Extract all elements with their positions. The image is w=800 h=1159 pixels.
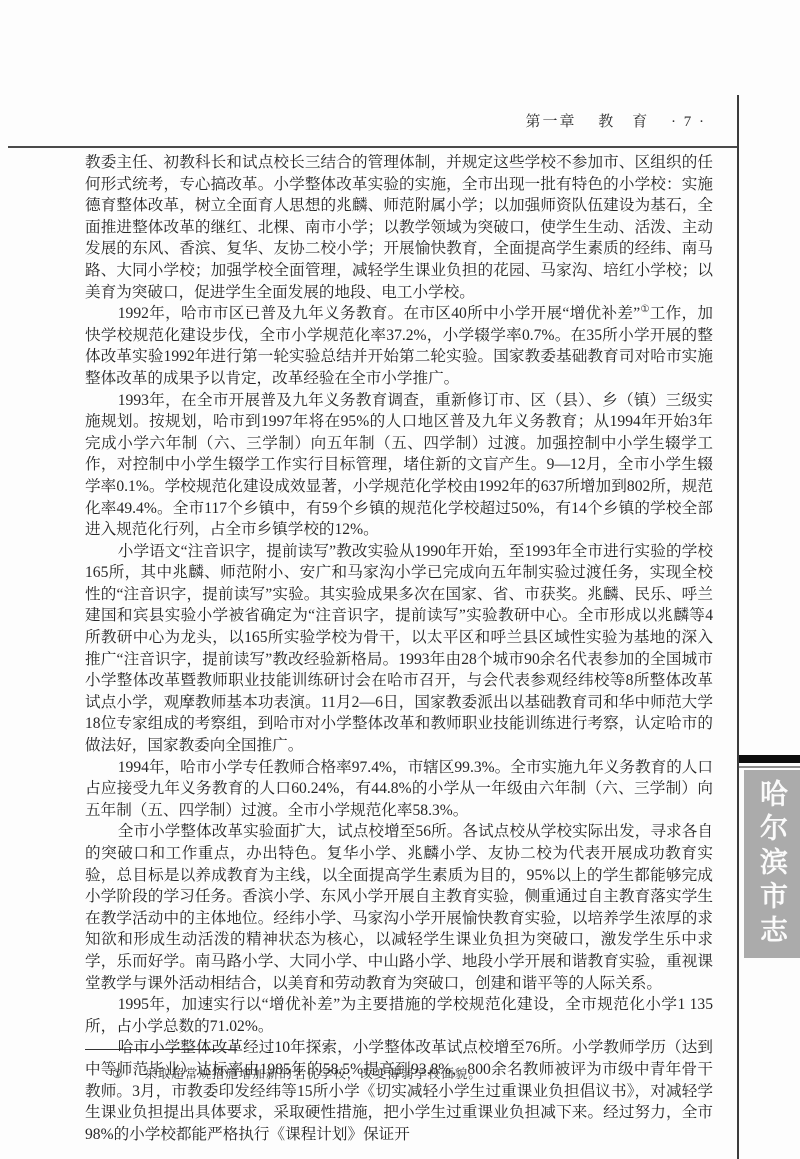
section-title: 教 育 <box>598 114 649 130</box>
paragraph-1994: 1994年，哈市小学专任教师合格率97.4%，市辖区99.3%。全市实施九年义务… <box>85 757 713 822</box>
footnote-divider <box>85 1049 237 1050</box>
chapter-title: 第一章 <box>525 114 576 130</box>
paragraph-reform-expansion: 全市小学整体改革实验面扩大，试点校增至56所。各试点校从学校实际出发，寻求各自的… <box>85 821 713 994</box>
header-divider <box>8 146 737 148</box>
page-number: · 7 · <box>671 114 706 130</box>
paragraph-1993: 1993年，在全市开展普及九年义务教育调查，重新修订市、区（县）、乡（镇）三级实… <box>85 390 713 541</box>
footnote-ref: ① <box>640 304 650 315</box>
footnote-marker: ① <box>112 1067 124 1081</box>
paragraph-ten-year-review: 哈市小学整体改革经过10年探索，小学整体改革试点校增至76所。小学教师学历（达到… <box>85 1037 713 1145</box>
paragraph-continuation: 教委主任、初教科长和试点校长三结合的管理体制，并规定这些学校不参加市、区组织的任… <box>85 152 713 303</box>
paragraph-zhuyin-experiment: 小学语文“注音识字，提前读写”教改实验从1990年开始，至1993年全市进行实验… <box>85 541 713 757</box>
side-tab: 哈尔滨市志 <box>744 770 800 958</box>
side-tab-bar <box>739 755 800 763</box>
page-border-line <box>737 95 739 1159</box>
body-text: 教委主任、初教科长和试点校长三结合的管理体制，并规定这些学校不参加市、区组织的任… <box>85 152 713 1145</box>
paragraph-1995: 1995年，加速实行以“增优补差”为主要措施的学校规范化建设，全市规范化小学1 … <box>85 994 713 1037</box>
footnote-text: 采取超常规措施增加新的名优学校，改变薄弱学校面貌。 <box>144 1067 482 1081</box>
running-head: 第一章 教 育 · 7 · <box>0 110 706 131</box>
side-tab-underline <box>739 766 800 768</box>
footnote: ① 采取超常规措施增加新的名优学校，改变薄弱学校面貌。 <box>112 1064 482 1082</box>
book-page: 第一章 教 育 · 7 · 哈尔滨市志 教委主任、初教科长和试点校长三结合的管理… <box>0 0 800 1159</box>
paragraph-1992: 1992年，哈市市区已普及九年义务教育。在市区40所中小学开展“增优补差”①工作… <box>85 303 713 389</box>
paragraph-text: 1992年，哈市市区已普及九年义务教育。在市区40所中小学开展“增优补差” <box>118 305 640 322</box>
book-title-vertical: 哈尔滨市志 <box>758 779 786 949</box>
